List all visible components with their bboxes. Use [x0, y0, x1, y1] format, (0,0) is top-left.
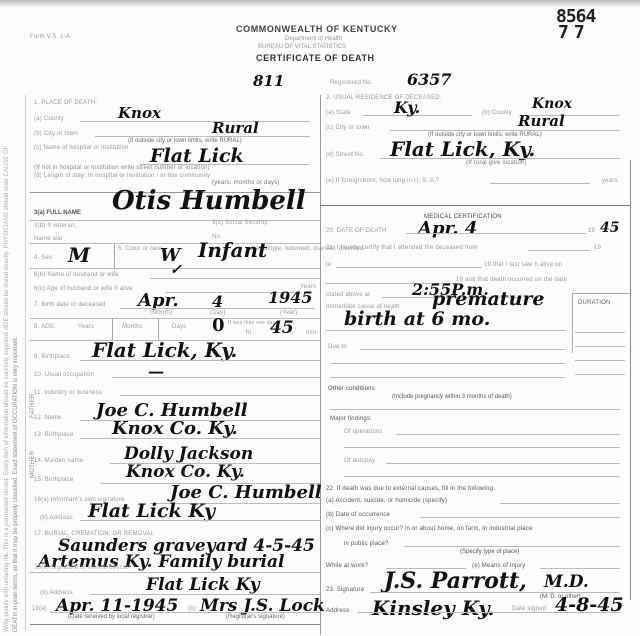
department: Department of Health [285, 36, 342, 42]
age-months-label: Months [122, 324, 143, 330]
age-years-label: Years [78, 324, 94, 330]
death-year-prefix: 19 [588, 228, 595, 234]
foreign-years-unit: years [602, 178, 618, 184]
residence-state-label: (a) State [326, 110, 351, 116]
age-label: 8. AGE: [34, 324, 56, 330]
full-name-label: 3(a) FULL NAME [34, 210, 81, 216]
due-to-label: Due to [328, 344, 347, 350]
scan-edge-shadow [0, 0, 640, 8]
date-received-label: 19(a) [32, 606, 47, 612]
death-city-value: Rural [212, 119, 259, 137]
physician-address-value: Kinsley Ky. [372, 596, 494, 620]
physician-signature-label: 23. Signature [326, 587, 364, 593]
hospital-label: (c) Name of hospital or institution [34, 145, 129, 151]
residence-section-label: 2. USUAL RESIDENCE OF DECEASED: [326, 95, 442, 101]
district-number: 811 [253, 72, 284, 90]
residence-city-label: (c) City or town [326, 125, 370, 131]
spouse-age-label: 6(c) Age of husband or wife if alive [34, 286, 133, 292]
sex-value: M [68, 243, 90, 267]
residence-county-value: Knox [532, 96, 572, 112]
registrar-caption: (Registrar's signature) [226, 614, 285, 620]
informant-address-label: (b) Address [40, 515, 73, 521]
residence-state-value: Ky. [394, 98, 420, 117]
right-border [630, 160, 631, 600]
full-name-value: Otis Humbell [112, 186, 306, 216]
occupation-label: 10. Usual occupation [34, 372, 94, 378]
column-divider [320, 95, 321, 635]
age-less-label: If less than one day [228, 320, 275, 326]
certify-19: 19 [594, 245, 601, 251]
ssn-label: 3(c) Social Security [212, 220, 268, 226]
industry-label: 11. Industry or business [34, 390, 102, 396]
foreign-born-label: (e) If foreign born, how long in U. S. A… [326, 178, 439, 184]
veteran-label: 3(b) If veteran, [34, 223, 76, 229]
stated-above-label: stated above at [326, 292, 370, 298]
immediate-cause-line-2: birth at 6 mo. [344, 308, 490, 330]
physician-address-label: Address [326, 608, 349, 614]
to-label: to [326, 262, 331, 268]
stamp-number-2: 77 [558, 22, 590, 43]
year-caption: (Year) [280, 310, 297, 316]
age-hr-label: hr. [246, 330, 253, 336]
date-received-value: Apr. 11-1945 [56, 596, 178, 616]
birth-date-label: 7. Birth date of deceased [34, 302, 106, 308]
side-instructions-2: DEATH in plain terms, so that it may be … [13, 337, 19, 632]
while-at-work-label: While at work? [326, 563, 368, 569]
external-header: 22. If death was due to external causes,… [326, 486, 495, 492]
physician-title: M.D. [544, 572, 589, 592]
street-note: (If rural give location) [466, 160, 527, 166]
date-received-caption: (Date received by local registrar) [68, 614, 155, 620]
occupation-value: — [148, 362, 164, 381]
age-min-label: min. [306, 330, 318, 336]
stay-label: (d) Length of stay: In hospital or insti… [34, 173, 210, 179]
informant-address-value: Flat Lick Ky [88, 500, 215, 522]
spouse-check: ✓ [170, 262, 182, 278]
external-c-label: (c) Where did injury occur? in or about … [326, 526, 533, 532]
certify-label: 21. I hereby certify that I attended the… [326, 245, 478, 251]
death-county-value: Knox [118, 104, 161, 122]
mother-tag: MOTHER [30, 451, 36, 478]
sex-label: 4. Sex [34, 255, 52, 261]
death-county-label: (a) County [34, 116, 64, 122]
place-of-death-label: 1. PLACE OF DEATH: [34, 100, 97, 106]
registrar-value: Mrs J.S. Lock [200, 596, 325, 616]
external-a-label: (a) Accident, suicide, or homicide (spec… [326, 498, 447, 504]
street-label: (d) Street No. [326, 152, 365, 158]
margin-line [25, 95, 26, 630]
age-min-value: 45 [270, 318, 294, 338]
bureau: BUREAU OF VITAL STATISTICS [258, 44, 346, 50]
registered-no-label: Registered No. [330, 80, 373, 86]
spouse-name-label: 6(b) Name of husband or wife [34, 272, 119, 278]
mother-maiden-value: Dolly Jackson [124, 444, 253, 464]
other-conditions-note: (Include pregnancy within 3 months of de… [392, 394, 512, 400]
death-city-note: (If outside city or town limits, write R… [128, 138, 242, 144]
birthplace-value: Flat Lick, Ky. [92, 338, 237, 362]
physician-signature-value: J.S. Parrott, [384, 568, 527, 594]
age-days-label: Days [172, 324, 186, 330]
funeral-director-label: 18(a) Signature of funeral director [34, 565, 131, 571]
burial-address-value: Flat Lick Ky [146, 575, 260, 595]
date-of-death-value: Apr. 4 [418, 218, 477, 239]
side-instructions-1: Write plainly with unfading ink. This is… [4, 146, 10, 632]
veteran-war-label: Name war [34, 236, 63, 242]
operations-label: Of operations [344, 429, 383, 435]
residence-city-value: Rural [518, 112, 565, 130]
father-name-label: 12. Name [34, 415, 62, 421]
external-b-label: (b) Date of occurrence [326, 512, 390, 518]
other-conditions-label: Other conditions [328, 386, 375, 392]
external-c-label-2: in public place? [344, 541, 389, 547]
date-of-death-label: 20. DATE OF DEATH [326, 228, 387, 234]
marital-value: Infant [198, 238, 267, 262]
immediate-cause-line-1: premature [432, 288, 545, 310]
age-days-value: 0 [212, 315, 225, 336]
birth-year-value: 1945 [268, 288, 313, 307]
last-saw-label: 19 that I last saw h alive on [484, 262, 562, 268]
mother-maiden-label: 14. Maiden name [34, 458, 83, 464]
color-label: 5. Color or race [118, 246, 163, 252]
month-caption: (Month) [150, 310, 172, 316]
death-city-label: (b) City or town [34, 131, 78, 137]
certificate-title: CERTIFICATE OF DEATH [256, 53, 375, 63]
mother-birthplace-label: 15. Birthplace [34, 477, 74, 483]
major-findings-label: Major findings: [330, 416, 372, 422]
death-certificate: Write plainly with unfading ink. This is… [0, 0, 640, 636]
registered-no: 6357 [407, 70, 452, 89]
birthplace-label: 9. Birthplace [34, 354, 70, 360]
father-birthplace-label: 13. Birthplace [34, 432, 74, 438]
external-c-caption: (Specify type of place) [460, 549, 519, 555]
residence-county-label: (b) County [482, 110, 512, 116]
autopsy-label: Of autopsy [344, 458, 375, 464]
death-year-value: 45 [600, 220, 619, 236]
form-id: Form V.S. 1-A [30, 34, 70, 40]
mother-birthplace-value: Knox Co. Ky. [126, 462, 245, 482]
father-birthplace-value: Knox Co. Ky. [112, 418, 238, 439]
duration-label: DURATION [578, 300, 611, 306]
hospital-note: (If not in hospital or institution write… [34, 165, 210, 171]
state-title: COMMONWEALTH OF KENTUCKY [236, 24, 398, 34]
